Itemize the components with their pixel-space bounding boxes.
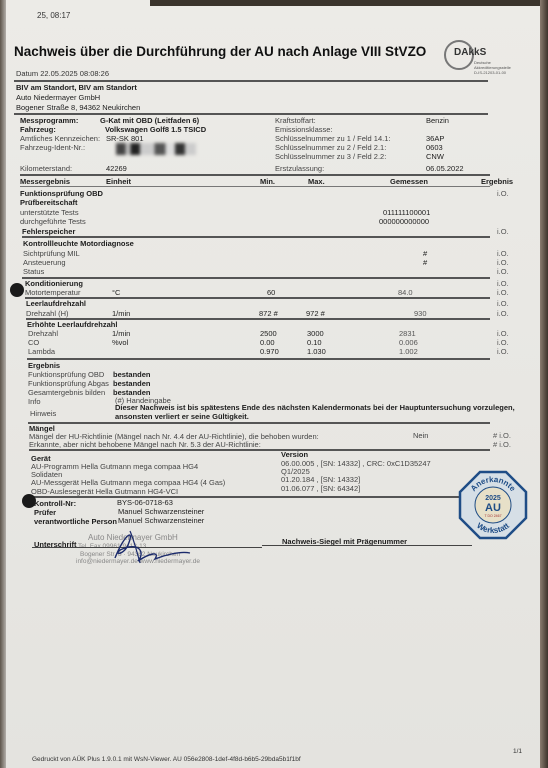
- mil-row-name: Ansteuerung: [23, 258, 66, 267]
- label-kilometerstand: Kilometerstand:: [20, 164, 72, 173]
- mil-row-measured: #: [423, 258, 427, 267]
- version-title: Version: [281, 450, 308, 459]
- idle-row-name: Drehzahl (H): [26, 309, 69, 318]
- obd-result: i.O.: [497, 189, 509, 198]
- idle-row-measured: 930: [414, 309, 427, 318]
- defects-row-2-result: # i.O.: [493, 440, 511, 449]
- mil-row-result: i.O.: [497, 249, 509, 258]
- inspector-value: Manuel Schwarzensteiner: [118, 507, 204, 516]
- dakks-sub: Deutsche Akkreditierungsstelle D-IS-2120…: [474, 60, 511, 75]
- conditioning-row-result: i.O.: [497, 288, 509, 297]
- high-idle-row-name: Drehzahl: [28, 329, 58, 338]
- control-nr-label: Kontroll-Nr:: [34, 499, 76, 508]
- print-timestamp: 25, 08:17: [37, 11, 70, 20]
- high-idle-title: Erhöhte Leerlaufdrehzahl: [27, 320, 117, 329]
- col-einheit: Einheit: [106, 177, 131, 186]
- col-messergebnis: Messergebnis: [20, 177, 70, 186]
- page-number: 1/1: [513, 748, 522, 755]
- value-kraftstoff: Benzin: [426, 116, 449, 125]
- high-idle-row-result: i.O.: [497, 338, 509, 347]
- conditioning-row-name: Motortemperatur: [25, 288, 80, 297]
- label-fahrzeug: Fahrzeug:: [20, 125, 56, 134]
- label-schluessel-2: Schlüsselnummer zu 2 / Feld 2.1:: [275, 143, 386, 152]
- mil-title: Kontrollleuchte Motordiagnose: [23, 239, 134, 248]
- performed-tests-value: 000000000000: [379, 217, 429, 226]
- high-idle-row-unit: %vol: [112, 338, 128, 347]
- paper-edge-right: [540, 0, 548, 768]
- idle-row-max: 972 #: [306, 309, 325, 318]
- document-title: Nachweis über die Durchführung der AU na…: [14, 44, 426, 59]
- redacted-vin: [116, 143, 196, 155]
- label-schluessel-1: Schlüsselnummer zu 1 / Feld 14.1:: [275, 134, 390, 143]
- idle-row-unit: 1/min: [112, 309, 130, 318]
- hint-label: Hinweis: [30, 409, 56, 418]
- au-seal-badge: Anerkannte Werkstatt 2025 AU T DO 2467: [458, 470, 528, 540]
- device-version: 01.20.184 , [SN: 14332]: [281, 475, 360, 484]
- punch-hole: [10, 283, 24, 297]
- fault-memory-result: i.O.: [497, 227, 509, 236]
- high-idle-row-min: 0.970: [260, 347, 279, 356]
- document-date: Datum 22.05.2025 08:08:26: [16, 69, 109, 78]
- device-name: OBD-Auslesegerät Hella Gutmann HG4-VCI: [31, 487, 178, 496]
- mil-row-result: i.O.: [497, 267, 509, 276]
- company-address: Bogener Straße 8, 94362 Neukirchen: [16, 103, 140, 112]
- high-idle-row-measured: 0.006: [399, 338, 418, 347]
- inspector-label: Prüfer: [34, 508, 56, 517]
- svg-text:AU: AU: [485, 502, 501, 514]
- label-kennzeichen: Amtliches Kennzeichen:: [20, 134, 100, 143]
- value-schluessel-2: 0603: [426, 143, 443, 152]
- dakks-name: DAkkS: [454, 47, 486, 58]
- readiness-title: Prüfbereitschaft: [20, 198, 78, 207]
- col-ergebnis: Ergebnis: [481, 177, 513, 186]
- summary-obd-value: bestanden: [113, 370, 151, 379]
- value-messprogramm: G-Kat mit OBD (Leitfaden 6): [100, 116, 199, 125]
- mil-row-result: i.O.: [497, 258, 509, 267]
- performed-tests-label: durchgeführte Tests: [20, 217, 86, 226]
- value-schluessel-1: 36AP: [426, 134, 444, 143]
- obd-title: Funktionsprüfung OBD: [20, 189, 103, 198]
- high-idle-row-name: CO: [28, 338, 39, 347]
- conditioning-title: Konditionierung: [25, 279, 83, 288]
- fault-memory-label: Fehlerspeicher: [22, 227, 75, 236]
- high-idle-row-min: 2500: [260, 329, 277, 338]
- conditioning-row-unit: °C: [112, 288, 120, 297]
- label-erstzulassung: Erstzulassung:: [275, 164, 324, 173]
- info-label: Info: [28, 397, 41, 406]
- label-schluessel-3: Schlüsselnummer zu 3 / Feld 2.2:: [275, 152, 386, 161]
- value-fahrzeug: Volkswagen Golf8 1.5 TSICD: [105, 125, 206, 134]
- col-max: Max.: [308, 177, 325, 186]
- idle-title: Leerlaufdrehzahl: [26, 299, 86, 308]
- value-erstzulassung: 06.05.2022: [426, 164, 464, 173]
- svg-text:2025: 2025: [485, 495, 501, 502]
- high-idle-row-min: 0.00: [260, 338, 275, 347]
- high-idle-row-measured: 1.002: [399, 347, 418, 356]
- high-idle-row-name: Lambda: [28, 347, 55, 356]
- high-idle-row-result: i.O.: [497, 347, 509, 356]
- footer-printed-by: Gedruckt von AÜK Plus 1.9.0.1 mit WsN-Vi…: [32, 756, 301, 763]
- label-kraftstoff: Kraftstoffart:: [275, 116, 316, 125]
- dakks-logo: DAkkS Deutsche Akkreditierungsstelle D-I…: [444, 40, 534, 78]
- mil-row-name: Sichtprüfung MIL: [23, 249, 80, 258]
- summary-abgas-label: Funktionsprüfung Abgas: [28, 379, 109, 388]
- defects-row-1-result: # i.O.: [493, 431, 511, 440]
- hint-line-1: Dieser Nachweis ist bis spätestens Ende …: [115, 403, 515, 412]
- idle-result: i.O.: [497, 299, 509, 308]
- company-name: Auto Niedermayer GmbH: [16, 93, 100, 102]
- high-idle-row-max: 3000: [307, 329, 324, 338]
- col-min: Min.: [260, 177, 275, 186]
- conditioning-result: i.O.: [497, 279, 509, 288]
- col-gemessen: Gemessen: [390, 177, 428, 186]
- high-idle-row-measured: 2831: [399, 329, 416, 338]
- summary-title: Ergebnis: [28, 361, 60, 370]
- supported-tests-value: 011111100001: [383, 208, 430, 217]
- handwritten-signature: [100, 523, 220, 568]
- high-idle-row-result: i.O.: [497, 329, 509, 338]
- mil-row-name: Status: [23, 267, 44, 276]
- value-kilometerstand: 42269: [106, 164, 127, 173]
- idle-row-result: i.O.: [497, 309, 509, 318]
- control-nr-value: BYS-06-0718-63: [117, 498, 173, 507]
- high-idle-row-max: 0.10: [307, 338, 322, 347]
- supported-tests-label: unterstützte Tests: [20, 208, 79, 217]
- summary-total-label: Gesamtergebnis bilden: [28, 388, 105, 397]
- device-name: AU-Messgerät Hella Gutmann mega compaa H…: [31, 478, 225, 487]
- conditioning-row-min: 60: [267, 288, 275, 297]
- value-kennzeichen: SR-SK 801: [106, 134, 144, 143]
- high-idle-row-unit: 1/min: [112, 329, 130, 338]
- device-version: 01.06.077 , [SN: 64342]: [281, 484, 360, 493]
- svg-text:T DO 2467: T DO 2467: [484, 514, 501, 518]
- conditioning-row-measured: 84.0: [398, 288, 413, 297]
- summary-obd-label: Funktionsprüfung OBD: [28, 370, 104, 379]
- summary-abgas-value: bestanden: [113, 379, 151, 388]
- background-shadow: [150, 0, 548, 6]
- value-schluessel-3: CNW: [426, 152, 444, 161]
- label-emissionsklasse: Emissionsklasse:: [275, 125, 333, 134]
- defects-row-1-value: Nein: [413, 431, 428, 440]
- defects-row-2: Erkannte, aber nicht behobene Mängel nac…: [29, 440, 261, 449]
- mil-row-measured: #: [423, 249, 427, 258]
- label-fin: Fahrzeug-Ident-Nr.:: [20, 143, 85, 152]
- company-line-1: BIV am Standort, BIV am Standort: [16, 83, 137, 92]
- high-idle-row-max: 1.030: [307, 347, 326, 356]
- hint-line-2: ansonsten verliert er seine Gültigkeit.: [115, 412, 249, 421]
- label-messprogramm: Messprogramm:: [20, 116, 78, 125]
- idle-row-min: 872 #: [259, 309, 278, 318]
